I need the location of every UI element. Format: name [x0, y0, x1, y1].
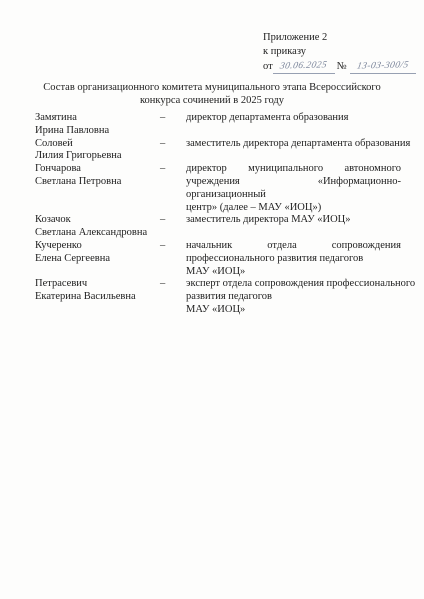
committee-member-row: КучеренкоЕлена Сергеевна – начальник отд…: [35, 240, 401, 278]
committee-list: ЗамятинаИрина Павловна – директор департ…: [35, 112, 401, 317]
document-title-line-1: Состав организационного комитета муницип…: [24, 82, 400, 95]
member-name: ПетрасевичЕкатерина Васильевна: [35, 278, 160, 304]
dash-separator: –: [160, 278, 186, 291]
order-number-blank: 13-03-300/5: [350, 59, 416, 74]
dash-separator: –: [160, 138, 186, 151]
document-page: Приложение 2 к приказу от 30.06.2025 № 1…: [0, 0, 424, 599]
committee-member-row: КозачокСветлана Александровна – заместит…: [35, 214, 401, 240]
appendix-block: Приложение 2 к приказу от 30.06.2025 № 1…: [263, 31, 416, 74]
order-date-blank: 30.06.2025: [273, 59, 335, 74]
member-role: начальник отдела сопровожденияпрофессион…: [186, 240, 401, 278]
order-number-label: №: [337, 60, 347, 74]
member-name: ЗамятинаИрина Павловна: [35, 112, 160, 138]
member-name: СоловейЛилия Григорьевна: [35, 138, 160, 164]
appendix-to-order-line: к приказу: [263, 45, 416, 59]
member-name: КучеренкоЕлена Сергеевна: [35, 240, 160, 266]
committee-member-row: ПетрасевичЕкатерина Васильевна – эксперт…: [35, 278, 401, 316]
committee-member-row: ЗамятинаИрина Павловна – директор департ…: [35, 112, 401, 138]
dash-separator: –: [160, 112, 186, 125]
order-date-number-line: от 30.06.2025 № 13-03-300/5: [263, 59, 416, 74]
committee-member-row: СоловейЛилия Григорьевна – заместитель д…: [35, 138, 401, 164]
member-name: ГончароваСветлана Петровна: [35, 163, 160, 189]
document-title: Состав организационного комитета муницип…: [24, 82, 400, 108]
member-name: КозачокСветлана Александровна: [35, 214, 160, 240]
appendix-number-line: Приложение 2: [263, 31, 416, 45]
dash-separator: –: [160, 214, 186, 227]
member-role: заместитель директора департамента образ…: [186, 138, 401, 151]
member-role: эксперт отдела сопровождения профессиона…: [186, 278, 401, 316]
dash-separator: –: [160, 240, 186, 253]
order-from-label: от: [263, 60, 273, 74]
dash-separator: –: [160, 163, 186, 176]
committee-member-row: ГончароваСветлана Петровна – директор му…: [35, 163, 401, 214]
member-role: директор муниципального автономногоучреж…: [186, 163, 401, 214]
handwritten-number: 13-03-300/5: [356, 58, 410, 73]
member-role: заместитель директора МАУ «ИОЦ»: [186, 214, 401, 227]
member-role: директор департамента образования: [186, 112, 401, 125]
document-title-line-2: конкурса сочинений в 2025 году: [24, 95, 400, 108]
handwritten-date: 30.06.2025: [279, 58, 329, 73]
